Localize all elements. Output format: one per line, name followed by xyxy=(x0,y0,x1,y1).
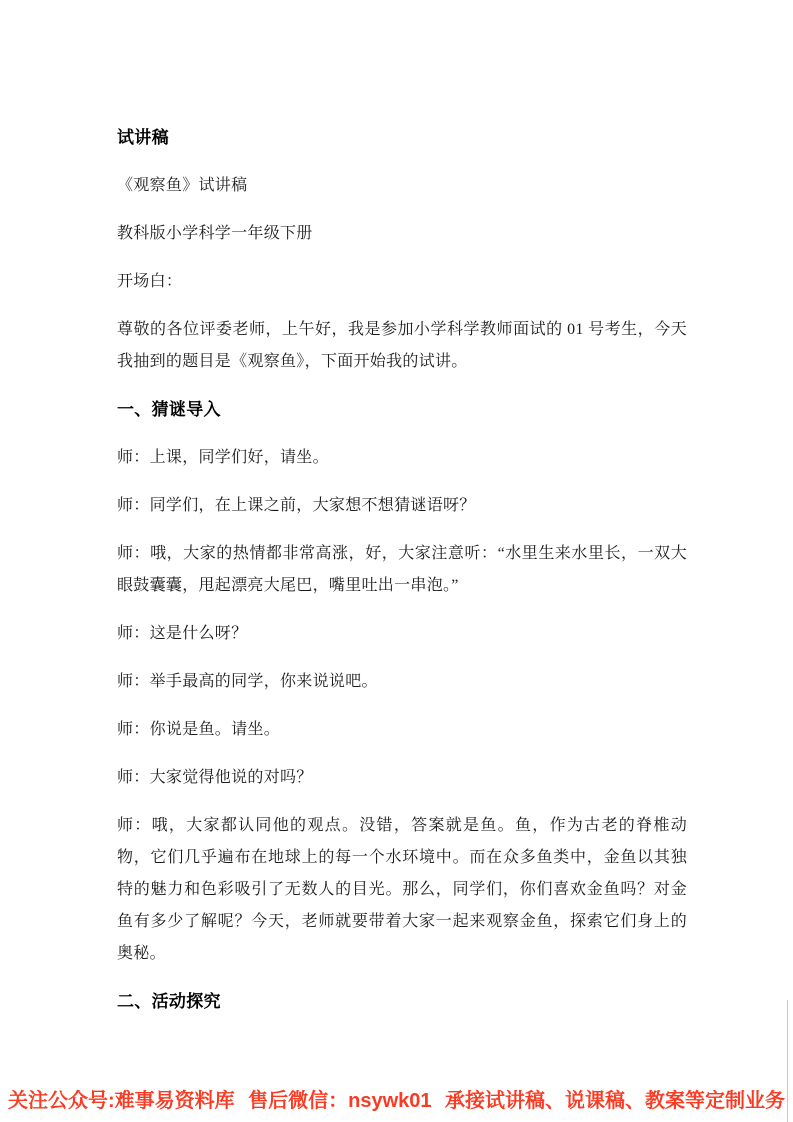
document-page: 试讲稿《观察鱼》试讲稿教科版小学科学一年级下册开场白：尊敬的各位评委老师，上午好… xyxy=(0,0,793,1122)
paragraph: 师：哦，大家的热情都非常高涨，好，大家注意听：“水里生来水里长，一双大眼鼓囊囊，… xyxy=(117,538,687,602)
paragraph: 师：你说是鱼。请坐。 xyxy=(117,714,687,746)
footer-services-text: 承接试讲稿、说课稿、教案等定制业务 xyxy=(445,1088,785,1114)
paragraph: 师：同学们，在上课之前，大家想不想猜谜语呀？ xyxy=(117,490,687,522)
document-body: 试讲稿《观察鱼》试讲稿教科版小学科学一年级下册开场白：尊敬的各位评委老师，上午好… xyxy=(117,122,687,1034)
paragraph: 开场白： xyxy=(117,266,687,298)
section-heading: 试讲稿 xyxy=(117,122,687,154)
section-heading: 一、猜谜导入 xyxy=(117,394,687,426)
section-heading: 二、活动探究 xyxy=(117,986,687,1018)
promo-footer-bar: 关注公众号:难事易资料库 售后微信：nsywk01 承接试讲稿、说课稿、教案等定… xyxy=(8,1088,785,1114)
paragraph: 师：上课，同学们好，请坐。 xyxy=(117,442,687,474)
paragraph: 师：举手最高的同学，你来说说吧。 xyxy=(117,666,687,698)
paragraph: 师：哦，大家都认同他的观点。没错，答案就是鱼。鱼，作为古老的脊椎动物，它们几乎遍… xyxy=(117,810,687,970)
footer-after-sales-wechat-text: 售后微信：nsywk01 xyxy=(248,1088,431,1114)
paragraph: 教科版小学科学一年级下册 xyxy=(117,218,687,250)
footer-official-account-text: 关注公众号:难事易资料库 xyxy=(8,1088,235,1114)
paragraph: 尊敬的各位评委老师，上午好，我是参加小学科学教师面试的 01 号考生，今天我抽到… xyxy=(117,314,687,378)
paragraph: 《观察鱼》试讲稿 xyxy=(117,170,687,202)
paragraph: 师：大家觉得他说的对吗？ xyxy=(117,762,687,794)
paragraph: 师：这是什么呀？ xyxy=(117,618,687,650)
page-edge-line xyxy=(787,1000,788,1122)
